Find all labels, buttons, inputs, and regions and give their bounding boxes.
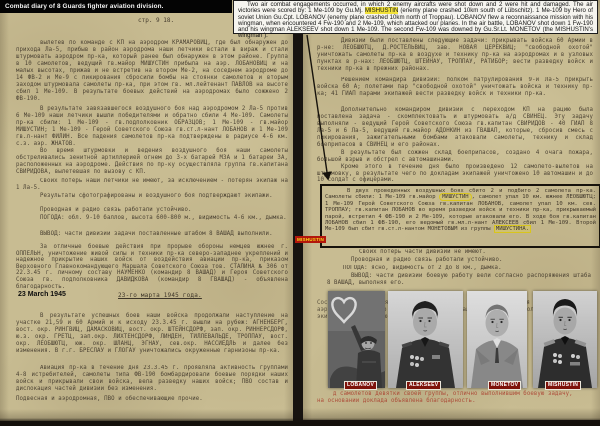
mishustin-portrait-illustration <box>533 291 597 388</box>
mishustin-tag: MISHUSTIN <box>295 236 326 243</box>
combat-diary-screenshot: стр. 9 18. вылетев по команде с КП на аэ… <box>0 0 600 426</box>
photo-label-alekseev: ALEKSEEV <box>406 381 441 390</box>
photo-mishustin <box>533 291 597 388</box>
monetov-portrait-illustration <box>467 291 527 388</box>
pilot-photos-row <box>0 0 600 426</box>
photo-label-mishustin: MISHUSTIN <box>545 381 581 390</box>
photo-lobanov <box>328 291 385 388</box>
photo-alekseev <box>388 291 463 388</box>
alekseev-portrait-illustration <box>388 291 463 388</box>
title-bar: Combat diary of 8 Guards fighter aviatio… <box>0 0 232 13</box>
photo-label-monetov: MONETOV <box>488 381 521 390</box>
lobanov-photo-illustration <box>328 291 385 388</box>
title-text: Combat diary of 8 Guards fighter aviatio… <box>5 3 164 10</box>
photo-monetov <box>467 291 527 388</box>
scan-bottom-shadow <box>0 418 600 426</box>
english-annotation-box: Two air combat engagements occurred, in … <box>233 0 598 34</box>
photo-label-lobanov: LOBANOV <box>344 381 377 390</box>
